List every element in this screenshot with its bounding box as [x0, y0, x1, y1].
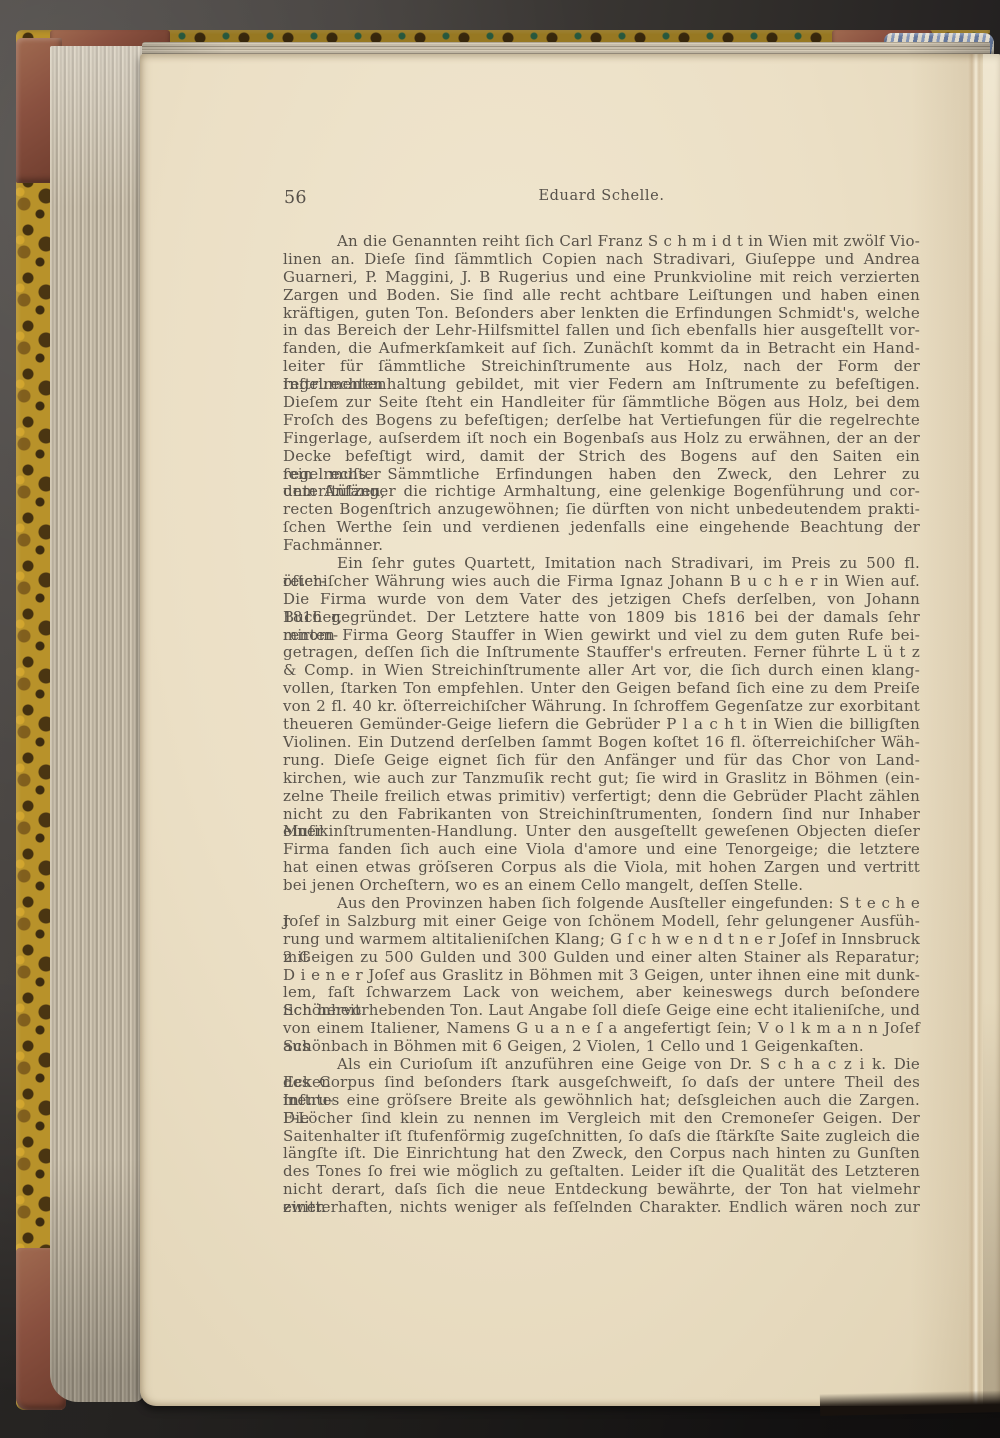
text-line: Joſef in Salzburg mit einer Geige von ſc… [283, 913, 920, 931]
text-line: ſchen Werthe ſein und verdienen jedenfal… [283, 519, 920, 537]
text-line: lem, faſt ſchwarzem Lack von weichem, ab… [283, 984, 920, 1002]
text-line: von einem Italiener, Namens G u a n e ſ … [283, 1020, 920, 1038]
text-line: des Corpus ſind beſonders ſtark ausgeſch… [283, 1074, 920, 1092]
text-line: von 2 fl. 40 kr. öſterreichiſcher Währun… [283, 698, 920, 716]
text-line: des Tones ſo frei wie möglich zu geſtalt… [283, 1163, 920, 1181]
text-line: Aus den Provinzen haben ſich folgende Au… [283, 895, 920, 913]
text-line: theueren Gemünder-Geige liefern die Gebr… [283, 716, 920, 734]
text-line: längſte iſt. Die Einrichtung hat den Zwe… [283, 1145, 920, 1163]
text-line: kräftigen, guten Ton. Beſonders aber len… [283, 305, 920, 323]
text-line: Guarneri, P. Maggini, J. B Rugerius und … [283, 269, 920, 287]
text-line: Decke befeſtigt wird, damit der Strich d… [283, 448, 920, 466]
text-line: Violinen. Ein Dutzend derſelben ſammt Bo… [283, 734, 920, 752]
text-line: leiter für ſämmtliche Streichinſtrumente… [283, 358, 920, 376]
text-line: bei jenen Orcheſtern, wo es an einem Cel… [283, 877, 920, 895]
page-stack-fore-edge [50, 46, 144, 1402]
text-line: Zargen und Boden. Sie ſind alle recht ac… [283, 287, 920, 305]
book-scan: 56 Eduard Schelle. An die Genannten reih… [0, 0, 1000, 1438]
text-line: zelne Theile freilich etwas primitiv) ve… [283, 788, 920, 806]
text-line: zwitterhaften, nichts weniger als feſſel… [283, 1199, 920, 1217]
text-line: reichiſcher Währung wies auch die Firma … [283, 573, 920, 591]
text-line: Froſch des Bogens zu befeſtigen; derſelb… [283, 412, 920, 430]
text-line: fanden, die Aufmerkſamkeit auf ſich. Zun… [283, 340, 920, 358]
text-line: linen an. Dieſe ſind ſämmtlich Copien na… [283, 251, 920, 269]
text-body: An die Genannten reiht ſich Carl Franz S… [283, 233, 920, 1217]
text-line: F-Löcher ſind klein zu nennen im Verglei… [283, 1110, 920, 1128]
text-line: rung und warmem altitalieniſchen Klang; … [283, 931, 920, 949]
text-line: D i e n e r Joſef aus Graslitz in Böhmen… [283, 967, 920, 985]
text-line: getragen, deſſen ſich die Inſtrumente St… [283, 644, 920, 662]
text-line: nicht derart, daſs ſich die neue Entdeck… [283, 1181, 920, 1199]
text-line: mirten Firma Georg Stauffer in Wien gewi… [283, 627, 920, 645]
text-line: 1816 gegründet. Der Letztere hatte von 1… [283, 609, 920, 627]
text-line: ſich hervorhebenden Ton. Laut Angabe ſol… [283, 1002, 920, 1020]
text-line: mentes eine gröſsere Breite als gewöhnli… [283, 1092, 920, 1110]
text-line: dem Anfänger die richtige Armhaltung, ei… [283, 483, 920, 501]
gutter-shading [983, 54, 1000, 1406]
text-area: 56 Eduard Schelle. An die Genannten reih… [283, 188, 920, 1217]
text-line: Firma fanden ſich auch eine Viola d'amor… [283, 841, 920, 859]
text-line: Inſtrumentenhaltung gebildet, mit vier F… [283, 376, 920, 394]
text-line: Dieſem zur Seite ſteht ein Handleiter fü… [283, 394, 920, 412]
text-line: hat einen etwas gröſseren Corpus als die… [283, 859, 920, 877]
paragraph: Ein ſehr gutes Quartett, Imitation nach … [283, 555, 920, 895]
page-header: 56 Eduard Schelle. [283, 188, 920, 212]
text-line: An die Genannten reiht ſich Carl Franz S… [283, 233, 920, 251]
text-line: Ein ſehr gutes Quartett, Imitation nach … [283, 555, 920, 573]
text-line: 2 Geigen zu 500 Gulden und 300 Gulden un… [283, 949, 920, 967]
text-line: Muſikinſtrumenten-Handlung. Unter den au… [283, 823, 920, 841]
book-page: 56 Eduard Schelle. An die Genannten reih… [140, 54, 1000, 1406]
text-line: Saitenhalter iſt ſtufenförmig zugeſchnit… [283, 1128, 920, 1146]
text-line: kirchen, wie auch zur Tanzmuſik recht gu… [283, 770, 920, 788]
text-line: Fachmänner. [283, 537, 920, 555]
text-line: ſein muſs. Sämmtliche Erfindungen haben … [283, 466, 920, 484]
text-line: recten Bogenſtrich anzugewöhnen; ſie dür… [283, 501, 920, 519]
paragraph: Als ein Curioſum iſt anzuführen eine Gei… [283, 1056, 920, 1217]
paragraph: Aus den Provinzen haben ſich folgende Au… [283, 895, 920, 1056]
paragraph: An die Genannten reiht ſich Carl Franz S… [283, 233, 920, 555]
text-line: nicht zu den Fabrikanten von Streichinſt… [283, 806, 920, 824]
text-line: & Comp. in Wien Streichinſtrumente aller… [283, 662, 920, 680]
text-line: in das Bereich der Lehr-Hilfsmittel fall… [283, 322, 920, 340]
bottom-edge-shadow [820, 1390, 1000, 1416]
text-line: Schönbach in Böhmen mit 6 Geigen, 2 Viol… [283, 1038, 920, 1056]
text-line: Als ein Curioſum iſt anzuführen eine Gei… [283, 1056, 920, 1074]
text-line: Fingerlage, auſserdem iſt noch ein Bogen… [283, 430, 920, 448]
text-line: vollen, ſtarken Ton empfehlen. Unter den… [283, 680, 920, 698]
text-line: Die Firma wurde von dem Vater des jetzig… [283, 591, 920, 609]
text-line: rung. Dieſe Geige eignet ſich für den An… [283, 752, 920, 770]
running-title: Eduard Schelle. [283, 188, 920, 204]
